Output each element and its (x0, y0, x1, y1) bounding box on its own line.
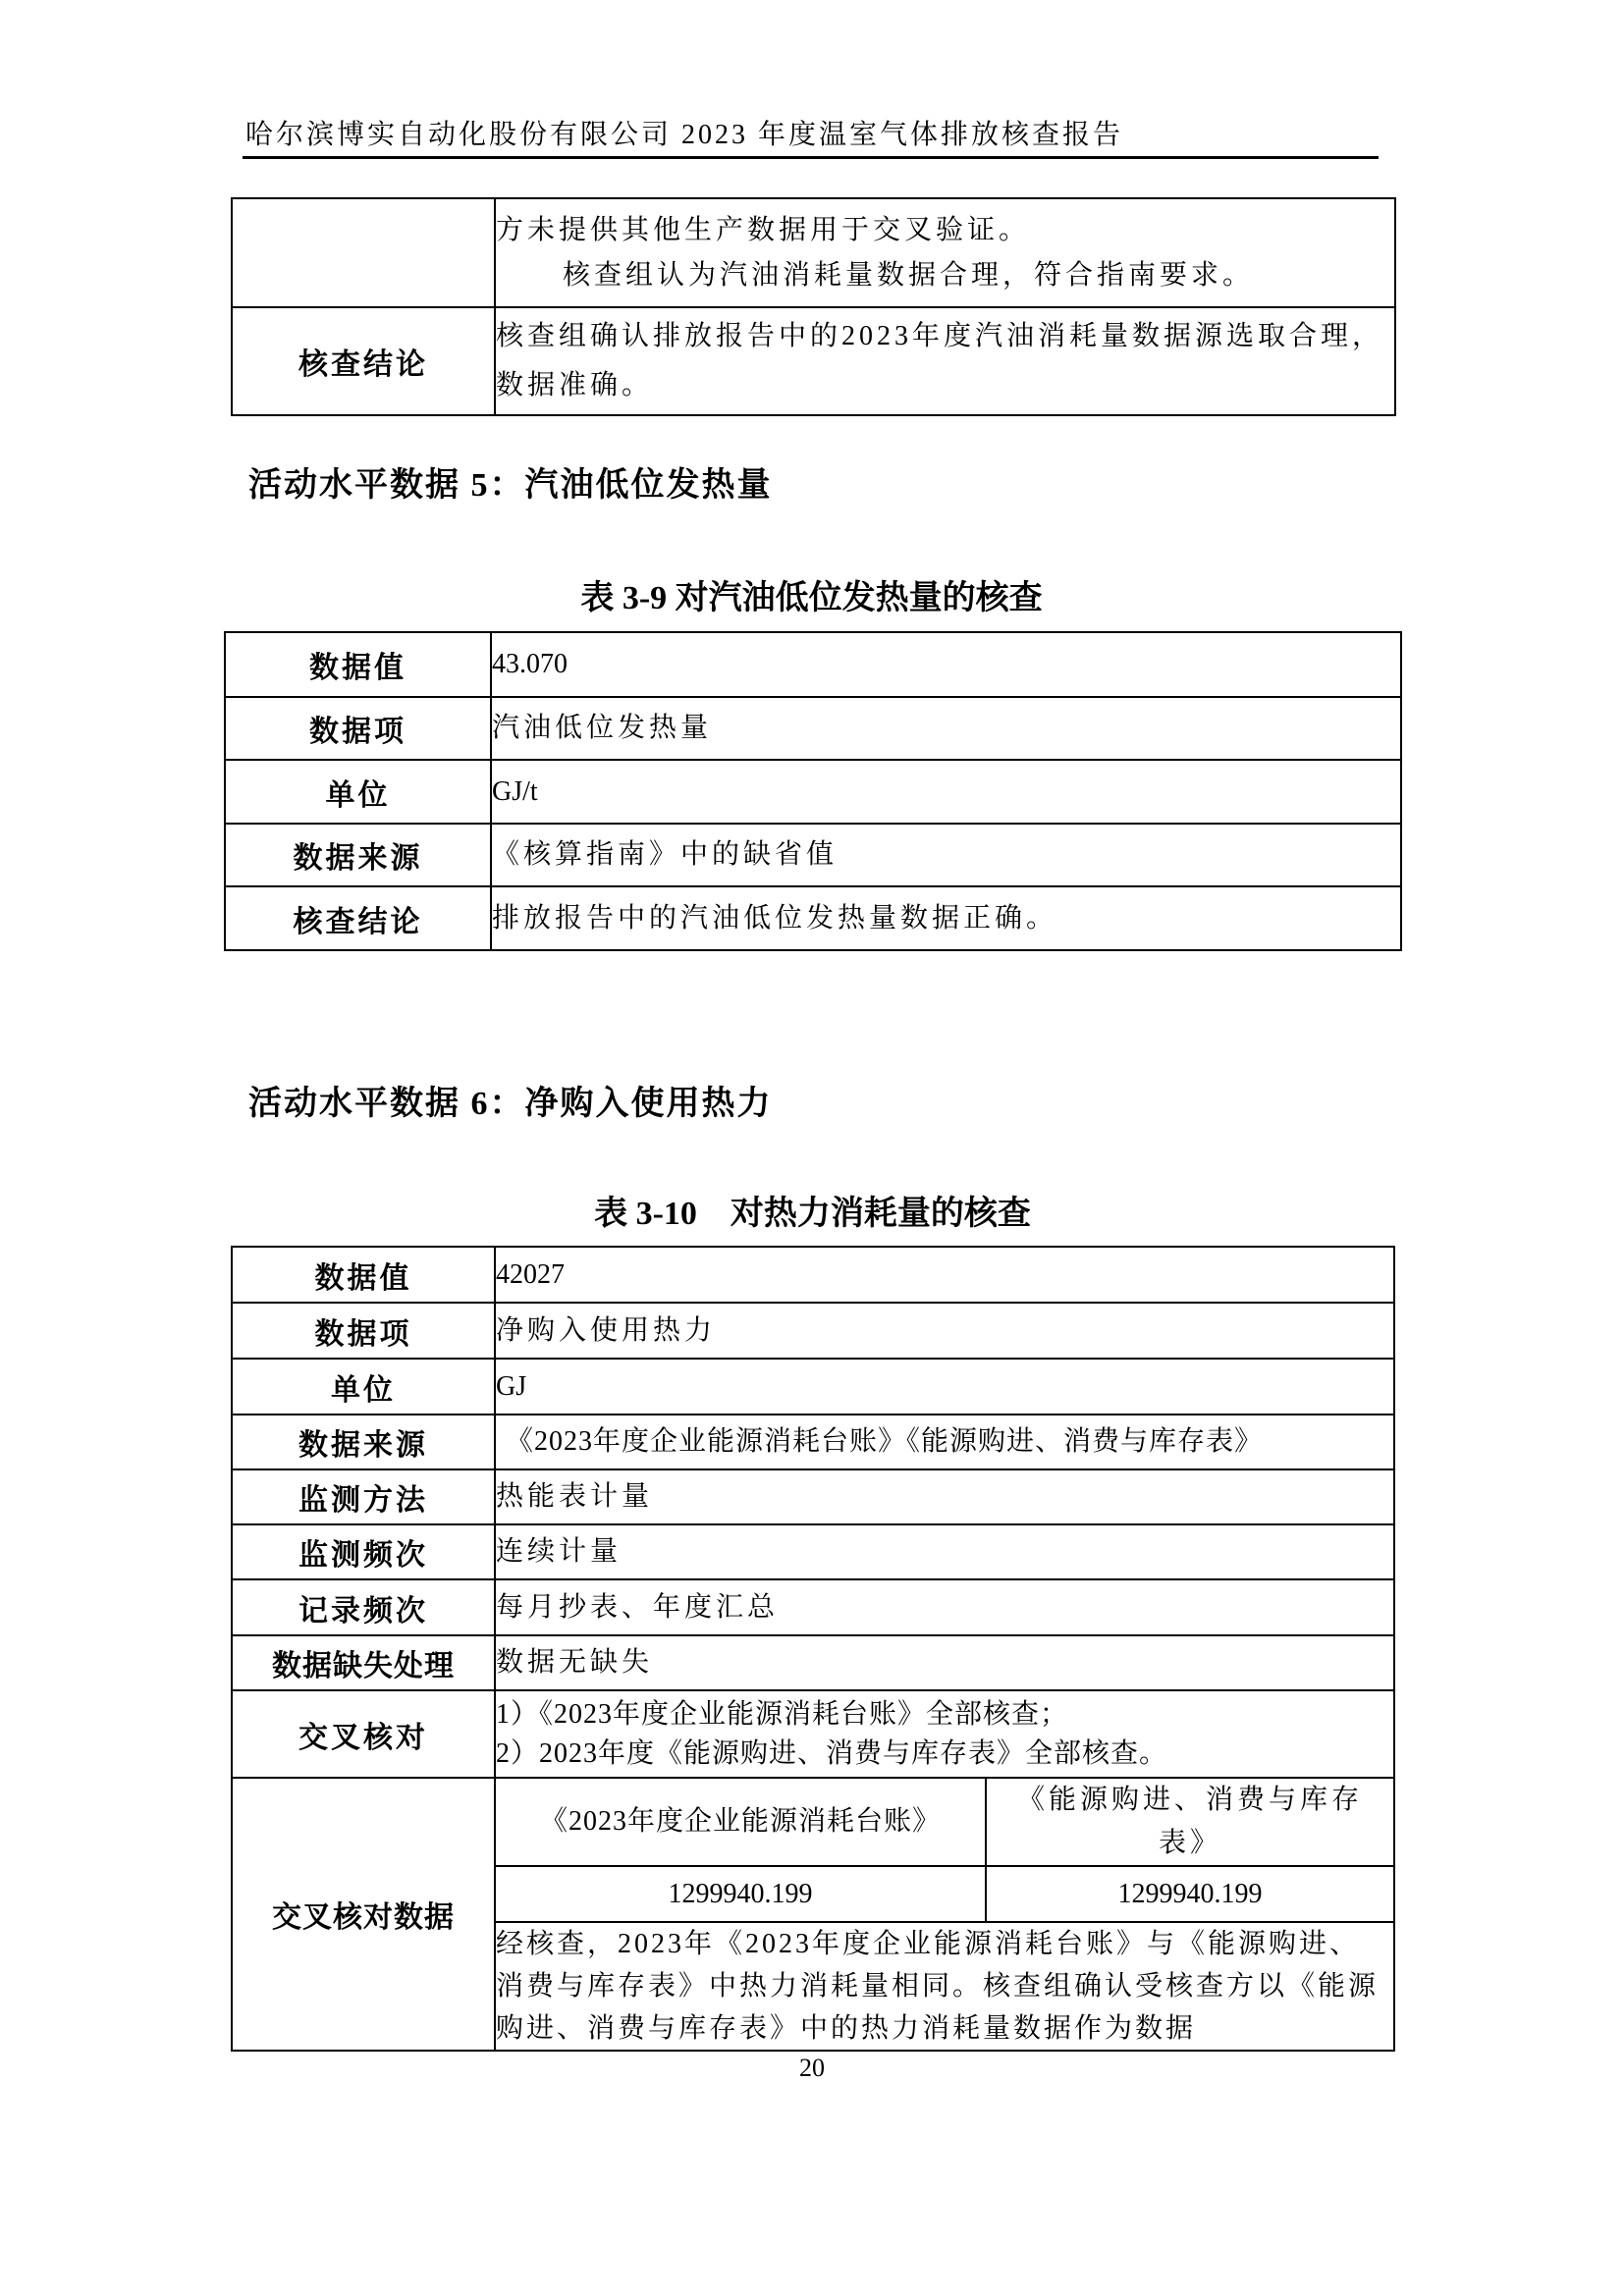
row-value: 排放报告中的汽油低位发热量数据正确。 (491, 886, 1401, 950)
row-label: 单位 (232, 1359, 495, 1415)
table-row: 监测方法 热能表计量 (232, 1469, 1394, 1524)
text-line: 核查组认为汽油消耗量数据合理，符合指南要求。 (496, 253, 1394, 298)
row-value: GJ/t (491, 760, 1401, 824)
row-label: 单位 (225, 760, 491, 824)
header-rule (243, 156, 1379, 159)
row-value: 汽油低位发热量 (491, 697, 1401, 760)
row-value: 1）《2023年度企业能源消耗台账》全部核查； 2）2023年度《能源购进、消费… (495, 1690, 1394, 1778)
table-3-10: 数据值 42027 数据项 净购入使用热力 单位 GJ 数据来源 《2023年度… (231, 1246, 1395, 2052)
text-line: 方未提供其他生产数据用于交叉验证。 (496, 208, 1394, 253)
table-row: 数据来源 《2023年度企业能源消耗台账》《能源购进、消费与库存表》 (232, 1415, 1394, 1469)
page-number: 20 (0, 2054, 1624, 2083)
conclusion-text: 经核查，2023年《2023年度企业能源消耗台账》与《能源购进、消费与库存表》中… (495, 1922, 1394, 2051)
continued-table: 方未提供其他生产数据用于交叉验证。 核查组认为汽油消耗量数据合理，符合指南要求。… (231, 197, 1396, 416)
page-header: 哈尔滨博实自动化股份有限公司 2023 年度温室气体排放核查报告 (245, 116, 1123, 155)
cell-value: 1299940.199 (986, 1866, 1394, 1922)
row-label: 核查结论 (225, 886, 491, 950)
table-row: 单位 GJ/t (225, 760, 1401, 824)
row-value: 数据无缺失 (495, 1635, 1394, 1690)
row-value: 方未提供其他生产数据用于交叉验证。 核查组认为汽油消耗量数据合理，符合指南要求。 (495, 198, 1395, 307)
table-3-9: 数据值 43.070 数据项 汽油低位发热量 单位 GJ/t 数据来源 《核算指… (224, 631, 1402, 951)
text-line: 2）2023年度《能源购进、消费与库存表》全部核查。 (496, 1735, 1393, 1774)
text-line: 1）《2023年度企业能源消耗台账》全部核查； (496, 1695, 1393, 1735)
table-row: 数据值 43.070 (225, 632, 1401, 697)
table-row: 方未提供其他生产数据用于交叉验证。 核查组认为汽油消耗量数据合理，符合指南要求。 (232, 198, 1395, 307)
row-label: 监测方法 (232, 1469, 495, 1524)
table-row: 核查结论 核查组确认排放报告中的2023年度汽油消耗量数据源选取合理，数据准确。 (232, 307, 1395, 415)
row-value: 42027 (495, 1247, 1394, 1303)
row-label: 数据来源 (225, 824, 491, 886)
table-row: 数据项 净购入使用热力 (232, 1303, 1394, 1359)
table-row: 数据值 42027 (232, 1247, 1394, 1303)
row-value: GJ (495, 1359, 1394, 1415)
row-label: 数据值 (225, 632, 491, 697)
table-row: 单位 GJ (232, 1359, 1394, 1415)
row-value: 连续计量 (495, 1524, 1394, 1579)
row-label: 交叉核对数据 (232, 1778, 495, 2051)
table-caption-3-9: 表 3-9 对汽油低位发热量的核查 (224, 577, 1399, 620)
section-heading-6: 活动水平数据 6：净购入使用热力 (248, 1083, 773, 1126)
row-label: 核查结论 (232, 307, 495, 415)
section-heading-5: 活动水平数据 5：汽油低位发热量 (248, 464, 773, 507)
column-header: 《2023年度企业能源消耗台账》 (495, 1778, 986, 1866)
row-value: 《核算指南》中的缺省值 (491, 824, 1401, 886)
cell-value: 1299940.199 (495, 1866, 986, 1922)
row-label (232, 198, 495, 307)
row-label: 记录频次 (232, 1579, 495, 1635)
table-row: 监测频次 连续计量 (232, 1524, 1394, 1579)
table-row: 记录频次 每月抄表、年度汇总 (232, 1579, 1394, 1635)
row-label: 数据缺失处理 (232, 1635, 495, 1690)
row-value: 每月抄表、年度汇总 (495, 1579, 1394, 1635)
row-value: 热能表计量 (495, 1469, 1394, 1524)
row-value: 43.070 (491, 632, 1401, 697)
row-value: 核查组确认排放报告中的2023年度汽油消耗量数据源选取合理，数据准确。 (495, 307, 1395, 415)
row-label: 数据项 (232, 1303, 495, 1359)
row-label: 交叉核对 (232, 1690, 495, 1778)
row-label: 数据来源 (232, 1415, 495, 1469)
row-label: 监测频次 (232, 1524, 495, 1579)
row-value: 《2023年度企业能源消耗台账》《能源购进、消费与库存表》 (495, 1415, 1394, 1469)
row-label: 数据值 (232, 1247, 495, 1303)
column-header: 《能源购进、消费与库存表》 (986, 1778, 1394, 1866)
row-value: 净购入使用热力 (495, 1303, 1394, 1359)
table-row-cross-check-data: 交叉核对数据 《2023年度企业能源消耗台账》 《能源购进、消费与库存表》 (232, 1778, 1394, 1866)
row-label: 数据项 (225, 697, 491, 760)
table-row: 数据来源 《核算指南》中的缺省值 (225, 824, 1401, 886)
table-row: 核查结论 排放报告中的汽油低位发热量数据正确。 (225, 886, 1401, 950)
table-row: 数据缺失处理 数据无缺失 (232, 1635, 1394, 1690)
table-caption-3-10: 表 3-10 对热力消耗量的核查 (231, 1193, 1394, 1236)
table-row: 数据项 汽油低位发热量 (225, 697, 1401, 760)
table-row-cross-check: 交叉核对 1）《2023年度企业能源消耗台账》全部核查； 2）2023年度《能源… (232, 1690, 1394, 1778)
